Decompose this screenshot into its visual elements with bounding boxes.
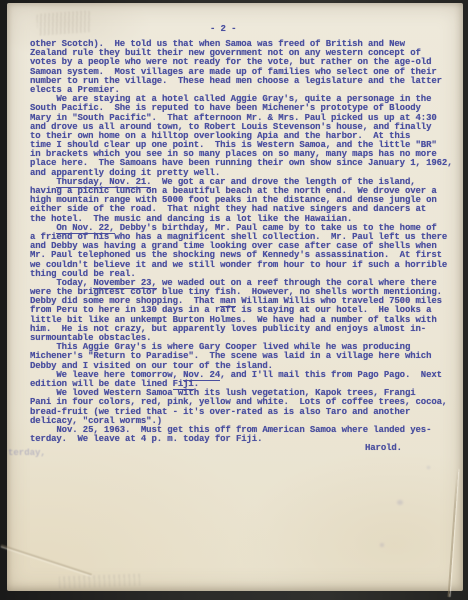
letter-paper: - 2 - other Scotch). He told us that whe… [7, 3, 463, 591]
ink-smudge [427, 466, 430, 469]
ghost-text-bleed: terday, [8, 448, 46, 458]
crease-bottom-right [448, 469, 459, 597]
bleedthrough-mark [59, 574, 141, 589]
crease-bottom-left [1, 544, 92, 575]
page-number: - 2 - [210, 24, 236, 34]
scanned-letter-page: - 2 - other Scotch). He told us that whe… [0, 0, 468, 600]
ink-smudge [397, 500, 403, 505]
signature: Harold. [365, 443, 402, 453]
letter-body: other Scotch). He told us that when Samo… [30, 40, 462, 444]
ink-smudge [380, 543, 384, 547]
embossed-stamp-mark [36, 10, 91, 36]
